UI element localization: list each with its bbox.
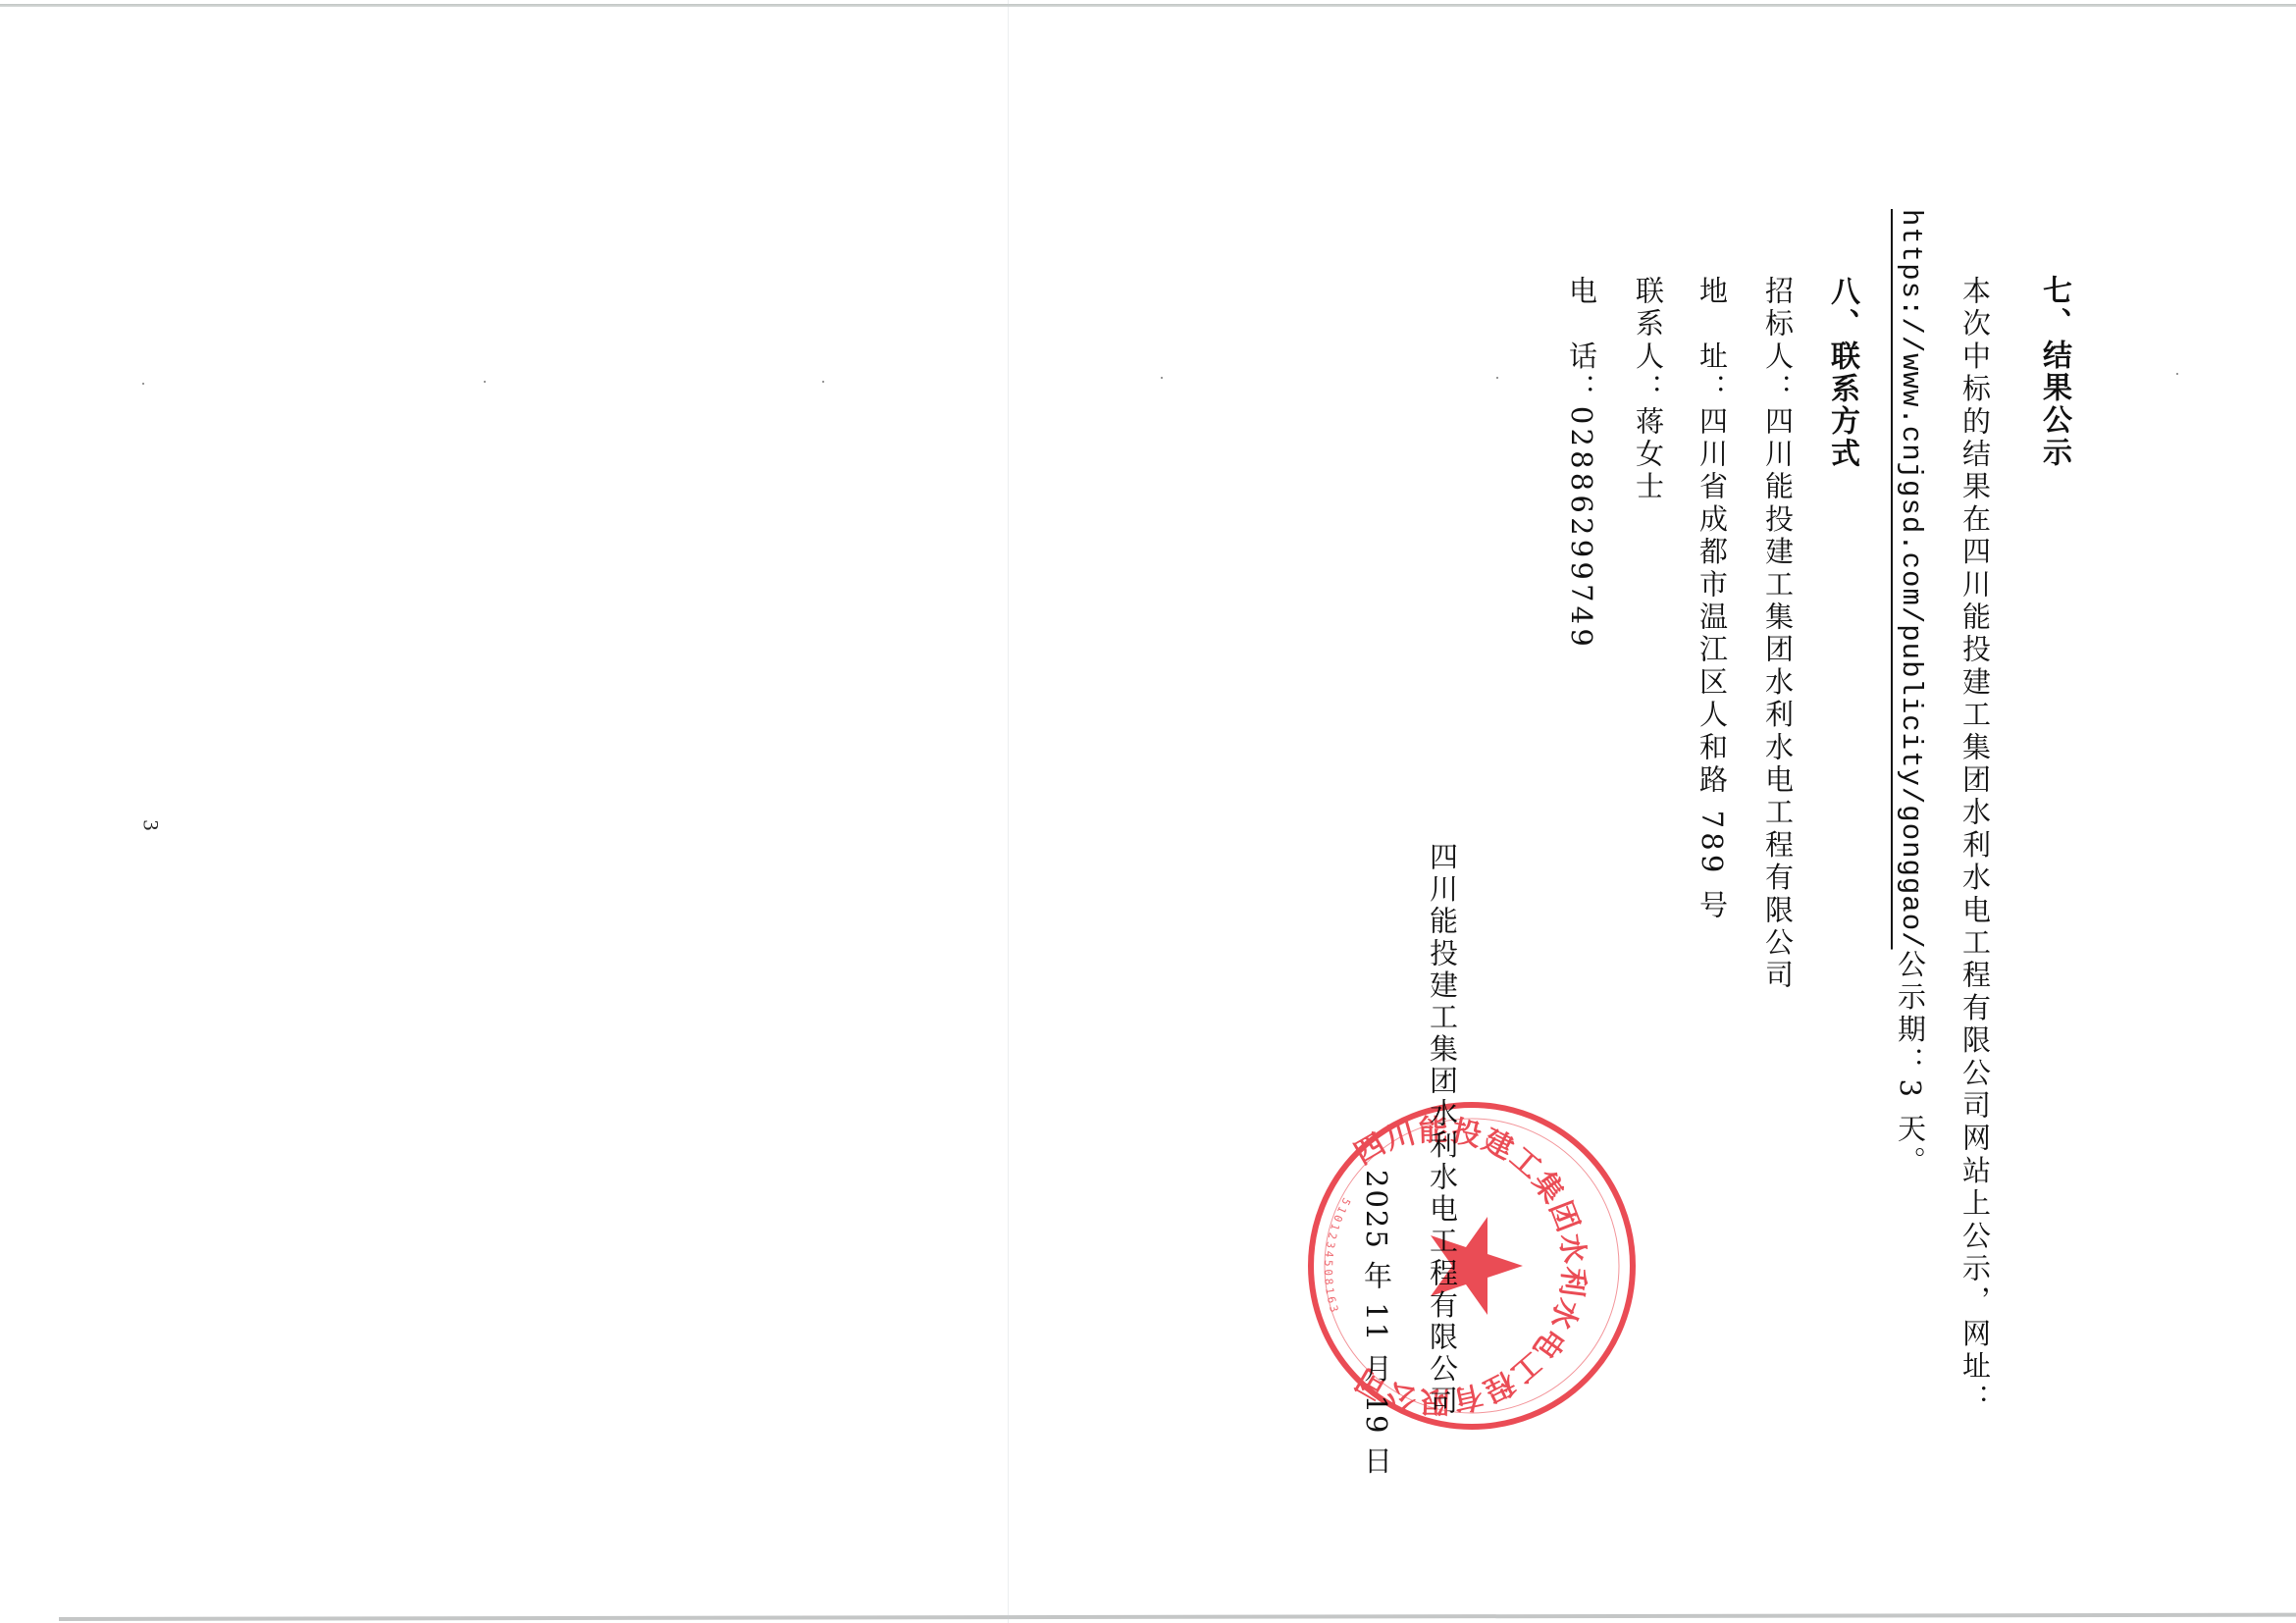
scan-speck (1496, 377, 1498, 379)
scan-speck (142, 383, 144, 385)
section-seven-heading: 七、结果公示 (2039, 275, 2068, 469)
official-seal: 四川能投建工集团水利水电工程有限公司 5101234508163 (1305, 1099, 1639, 1433)
publicity-line: https://www.cnjgsd.com/publicity/gonggao… (1896, 209, 1925, 1178)
contact-row-person: 联系人：蒋女士 (1634, 276, 1662, 503)
scan-speck (822, 381, 824, 383)
scan-speck (2176, 373, 2178, 375)
publicity-period: 公示期：3 天。 (1894, 950, 1927, 1179)
contact-row-address: 地 址：四川省成都市温江区人和路 789 号 (1697, 276, 1726, 922)
contact-label: 电 话： (1565, 276, 1598, 406)
page-number: 3 (138, 820, 164, 831)
scan-speck (1161, 377, 1163, 379)
scan-edge-top (0, 4, 2296, 7)
contact-label: 招标人： (1761, 276, 1795, 406)
scan-edge-bottom (59, 1613, 2296, 1621)
section-seven-body: 本次中标的结果在四川能投建工集团水利水电工程有限公司网站上公示，网址： (1960, 276, 1989, 1416)
scan-speck (484, 381, 486, 383)
contact-label: 联系人： (1632, 276, 1665, 406)
contact-row-phone: 电 话：02886299749 (1567, 276, 1595, 651)
contact-value: 四川省成都市温江区人和路 789 号 (1696, 406, 1729, 922)
signature-company: 四川能投建工集团水利水电工程有限公司 (1428, 842, 1456, 1418)
contact-value: 四川能投建工集团水利水电工程有限公司 (1761, 406, 1795, 993)
contact-row-tenderer: 招标人：四川能投建工集团水利水电工程有限公司 (1763, 276, 1792, 992)
publicity-url-link[interactable]: https://www.cnjgsd.com/publicity/gonggao… (1895, 209, 1927, 950)
seal-serial-number: 5101234508163 (1322, 1195, 1353, 1316)
fold-line (1008, 0, 1009, 1623)
section-eight-heading: 八、联系方式 (1827, 276, 1856, 470)
contact-value: 02886299749 (1565, 406, 1598, 651)
contact-label: 地 址： (1696, 276, 1729, 406)
signature-date: 2025 年 11 月 19 日 (1362, 1170, 1390, 1477)
contact-value: 蒋女士 (1632, 406, 1665, 504)
